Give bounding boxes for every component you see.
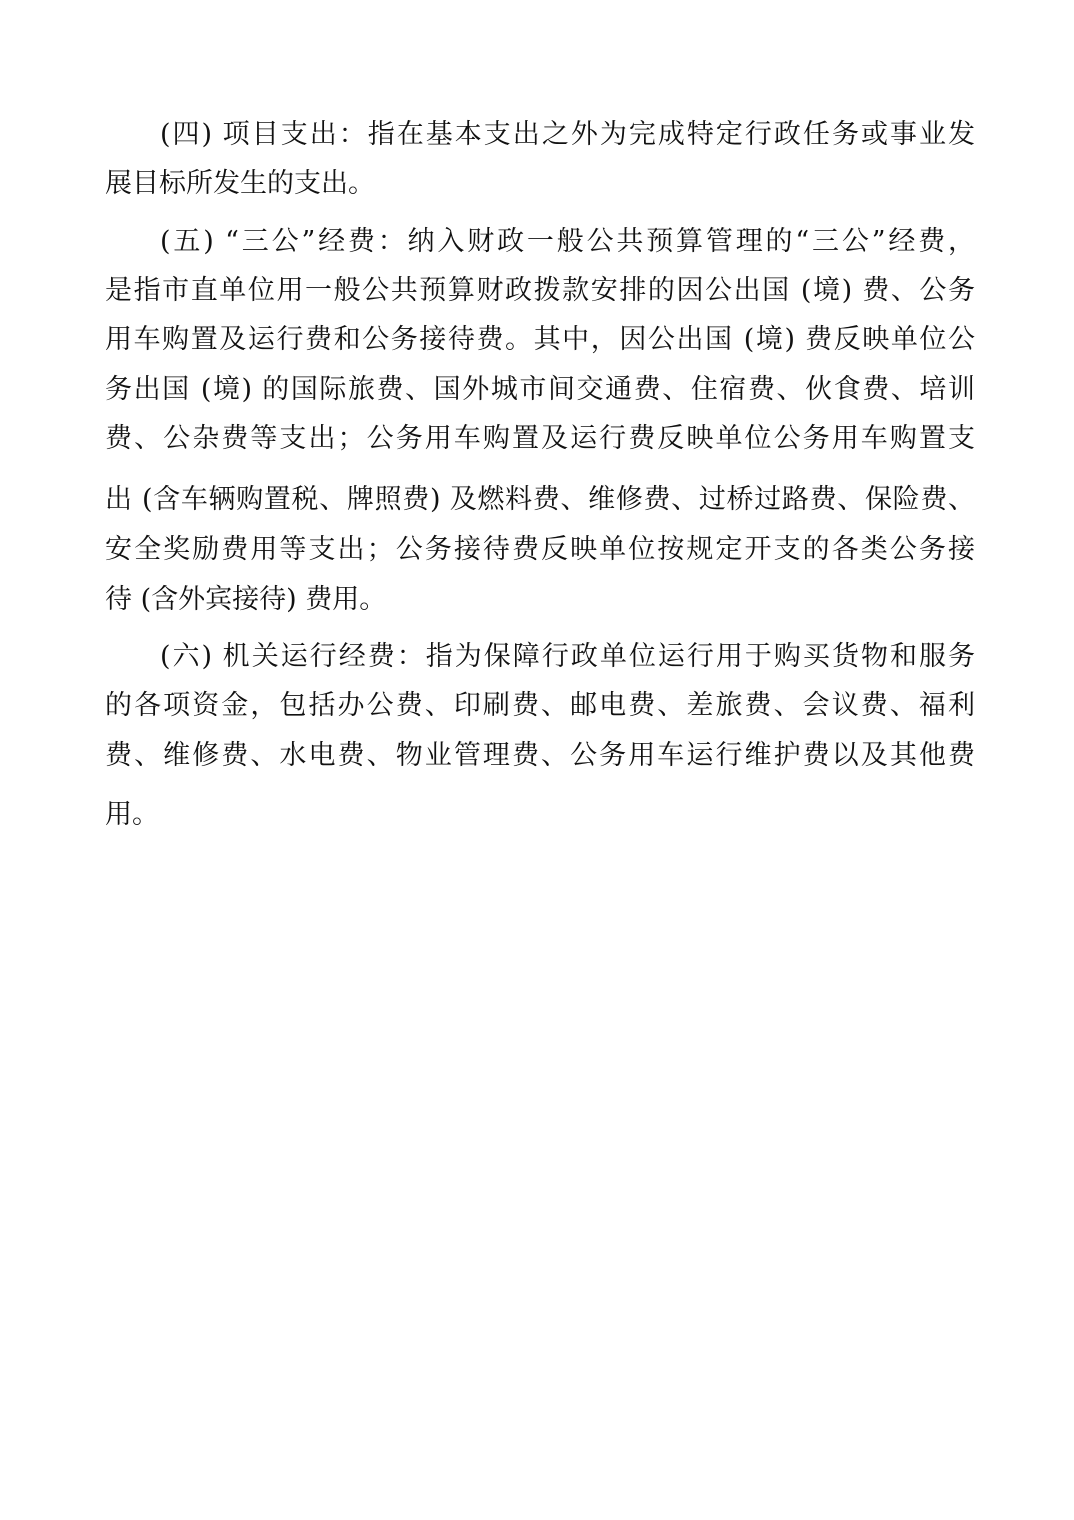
text-line: 用。 bbox=[105, 795, 975, 835]
text-line: 出 (含车辆购置税、牌照费) 及燃料费、维修费、过桥过路费、保险费、 bbox=[105, 480, 975, 520]
text-line: 待 (含外宾接待) 费用。 bbox=[105, 580, 975, 620]
text-line: (四) 项目支出：指在基本支出之外为完成特定行政任务或事业发 bbox=[160, 115, 975, 155]
text-line: 是指市直单位用一般公共预算财政拨款安排的因公出国 (境) 费、公务 bbox=[105, 271, 975, 311]
text-line: (五) “三公”经费：纳入财政一般公共预算管理的“三公”经费， bbox=[160, 222, 975, 262]
text-line: 展目标所发生的支出。 bbox=[105, 164, 975, 204]
text-line: 的各项资金，包括办公费、印刷费、邮电费、差旅费、会议费、福利 bbox=[105, 686, 975, 726]
text-line: 务出国 (境) 的国际旅费、国外城市间交通费、住宿费、伙食费、培训 bbox=[105, 370, 975, 410]
text-line: 用车购置及运行费和公务接待费。其中，因公出国 (境) 费反映单位公 bbox=[105, 320, 975, 360]
text-line: 安全奖励费用等支出；公务接待费反映单位按规定开支的各类公务接 bbox=[105, 530, 975, 570]
document-page: (四) 项目支出：指在基本支出之外为完成特定行政任务或事业发 展目标所发生的支出… bbox=[0, 0, 1074, 1520]
text-line: 费、维修费、水电费、物业管理费、公务用车运行维护费以及其他费 bbox=[105, 736, 975, 776]
text-line: (六) 机关运行经费：指为保障行政单位运行用于购买货物和服务 bbox=[160, 637, 975, 677]
text-line: 费、公杂费等支出；公务用车购置及运行费反映单位公务用车购置支 bbox=[105, 419, 975, 459]
